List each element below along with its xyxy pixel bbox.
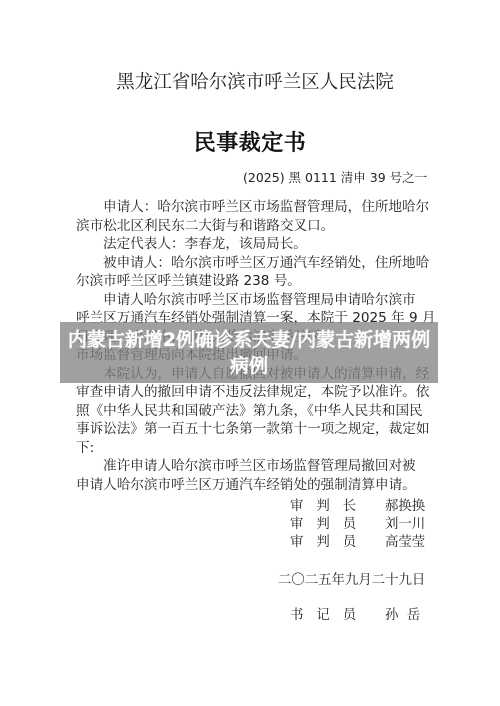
signature-name: 刘一川 <box>385 513 425 532</box>
body-line: 申请人：哈尔滨市呼兰区市场监督管理局，住所地哈尔 <box>76 198 428 217</box>
signature-judge: 审判员刘一川 <box>290 513 425 532</box>
signature-role: 审判员 <box>290 513 370 532</box>
ruling-date: 二〇二五年九月二十九日 <box>278 569 425 588</box>
body-line: 滨市松北区利民东二大街与和谐路交叉口。 <box>76 217 428 236</box>
signature-judge: 审判员高莹莹 <box>290 531 425 550</box>
body-line: 被申请人：哈尔滨市呼兰区万通汽车经销处，住所地哈 <box>76 254 428 273</box>
case-number: (2025) 黑 0111 清申 39 号之一 <box>243 168 427 186</box>
document-title: 民事裁定书 <box>0 126 500 157</box>
body-line: 照《中华人民共和国破产法》第九条，《中华人民共和国民 <box>76 402 428 421</box>
body-line: 申请人哈尔滨市呼兰区万通汽车经销处的强制清算申请。 <box>76 476 428 495</box>
body-line: 尔滨市呼兰区呼兰镇建设路 238 号。 <box>76 272 428 291</box>
signature-clerk: 书记员孙 岳 <box>290 604 420 623</box>
headline-overlay-text: 内蒙古新增2例确诊系夫妻/内蒙古新增两例病例 <box>60 322 438 379</box>
court-name: 黑龙江省哈尔滨市呼兰区人民法院 <box>0 68 500 94</box>
body-line: 申请人哈尔滨市呼兰区市场监督管理局申请哈尔滨市 <box>76 291 428 310</box>
signature-name: 郝换换 <box>385 495 425 514</box>
signature-presiding-judge: 审判长郝换换 <box>290 495 425 514</box>
signature-role: 书记员 <box>290 604 370 623</box>
signature-role: 审判长 <box>290 495 370 514</box>
body-line: 事诉讼法》第一百五十七条第一款第十一项之规定，裁定如 <box>76 420 428 439</box>
signature-name: 孙 岳 <box>385 604 420 623</box>
body-line: 准许申请人哈尔滨市呼兰区市场监督管理局撤回对被 <box>76 457 428 476</box>
signature-name: 高莹莹 <box>385 531 425 550</box>
body-line: 下: <box>76 439 428 458</box>
signature-role: 审判员 <box>290 531 370 550</box>
body-line: 审查申请人的撤回申请不违反法律规定，本院予以准许。依 <box>76 383 428 402</box>
body-line: 法定代表人：李春龙，该局局长。 <box>76 235 428 254</box>
